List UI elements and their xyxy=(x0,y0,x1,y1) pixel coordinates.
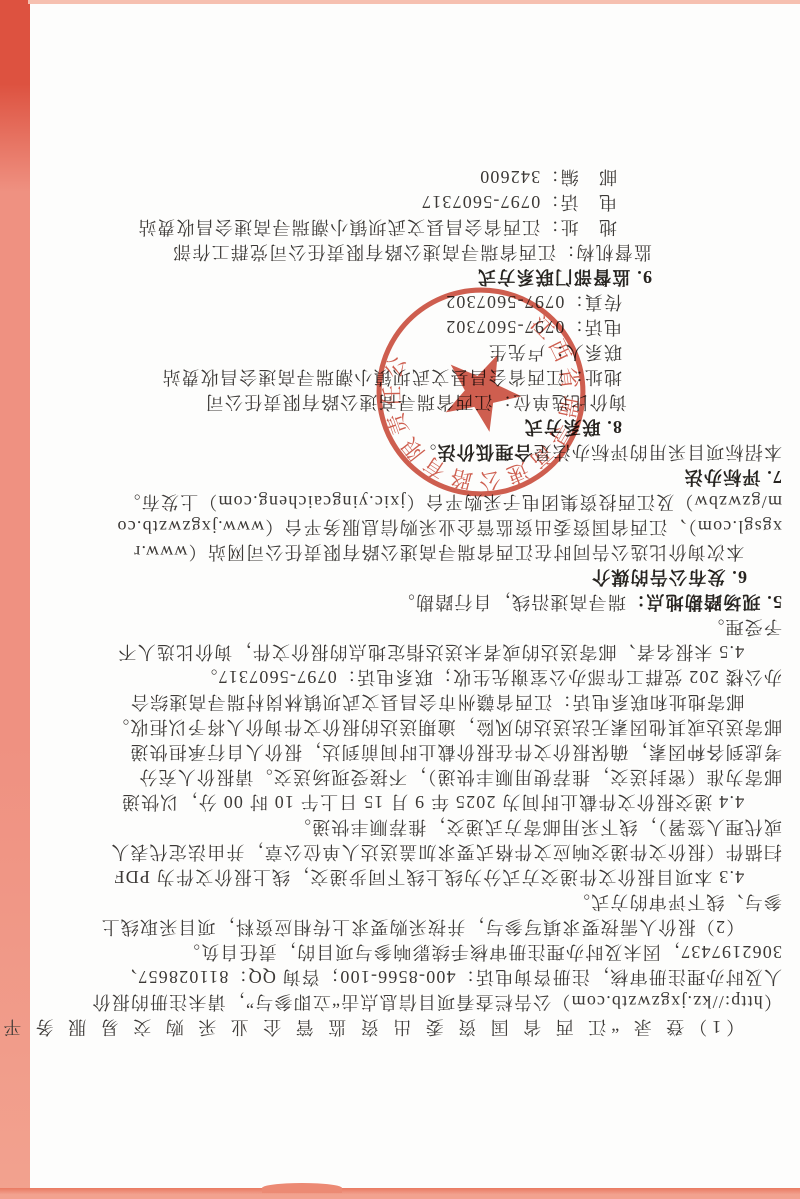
document-line: 7. 评标办法 xyxy=(88,464,782,489)
document-line: 邮寄为准（密封送交，推荐使用顺丰快递），不接受现场送交。请报价人充分 xyxy=(88,764,782,789)
document-content: （1）登 录 “江 西 省 国 资 委 出 资 监 管 企 业 采 购 交 易 … xyxy=(30,0,800,1199)
document-line: 8. 联系方式 xyxy=(88,414,622,439)
document-line: 邮寄地址和联系电话：江西省赣州市会昌县文武坝镇林岗村瑞寻高速综合 xyxy=(88,689,782,714)
document-line: 考虑到各种因素，确保报价文件在报价截止时间前到达，报价人自行承担快递 xyxy=(88,739,782,764)
document-line: 电 话：0797-5607317 xyxy=(88,189,617,214)
document-line: 予受理。 xyxy=(88,614,782,639)
document-line: 办公楼 202 党群工作部办公室谢先生收；联系电话：0797-5607317。 xyxy=(88,664,782,689)
document-line: 6. 发布公告的媒介 xyxy=(88,564,747,589)
document-line: （1）登 录 “江 西 省 国 资 委 出 资 监 管 企 业 采 购 交 易 … xyxy=(88,1014,782,1039)
document-line: 邮寄送达或其他因素无法送达的风险，逾期送达的报价文件询价人将予以拒收。 xyxy=(88,714,782,739)
document-line: 询价比选单位：江西省瑞寻高速公路有限责任公司 xyxy=(88,389,627,414)
document-line: （http://kz.jxgzwztb.com）公告栏查看项目信息点击“立即参与… xyxy=(88,989,782,1014)
document-line: 人及时办理注册审核，注册咨询电话：400-8566-100；咨询 QQ：8110… xyxy=(88,964,782,989)
document-line: 或代理人签署），线下采用邮寄方式递交，推荐顺丰快递。 xyxy=(88,814,782,839)
document-line: m/gzwzbw）及江西投资集团电子采购平台（jxic.yingcaicheng… xyxy=(88,489,782,514)
document-line: 本次询价比选公告同时在江西省瑞寻高速公路有限责任公司网站（www.r xyxy=(88,539,782,564)
document-line: 传真：0797-5607302 xyxy=(88,289,622,314)
document-line: 地 址：江西省会昌县文武坝镇小潮瑞寻高速会昌收费站 xyxy=(88,214,617,239)
document-line: 4.4 递交报价文件截止时间为 2025 年 9 月 15 日上午 10 时 0… xyxy=(88,789,782,814)
document-line: 5. 现场踏勘地点：瑞寻高速沿线，自行踏勘。 xyxy=(88,589,782,614)
document-line: 4.3 本项目报价文件递交方式分为线上线下同步递交，线上报价文件为 PDF xyxy=(88,864,782,889)
document-line: 参与、线下评审的方式。 xyxy=(88,889,782,914)
document-line: 9. 监督部门联系方式 xyxy=(88,264,652,289)
document-line: 电话：0797-5607302 xyxy=(88,314,622,339)
document-line: 4.5 未报名者、邮寄送达的或者未送达指定地点的报价文件，询价比选人不 xyxy=(88,639,782,664)
document-line: 3062197437，因未及时办理注册审核手续影响参与项目的，责任自负。 xyxy=(88,939,782,964)
document-line: 联系人：卢先生 xyxy=(88,339,622,364)
document-line: 本招标项目采用的评标办法是合理低价法。 xyxy=(88,439,782,464)
document-line: 邮 编：342600 xyxy=(88,164,617,189)
document-page: （1）登 录 “江 西 省 国 资 委 出 资 监 管 企 业 采 购 交 易 … xyxy=(30,0,800,1199)
scanned-document: （1）登 录 “江 西 省 国 资 委 出 资 监 管 企 业 采 购 交 易 … xyxy=(0,0,800,1199)
document-line: （2）报价人需按要求填写参与，并按采购要求上传相应资料，项目采取线上 xyxy=(88,914,782,939)
document-line: 地址：江西省会昌县文武坝镇小潮瑞寻高速会昌收费站 xyxy=(88,364,622,389)
document-line: 扫描件（报价文件递交响应文件格式要求加盖送达人单位公章，并由法定代表人 xyxy=(88,839,782,864)
document-line: 监督机构：江西省瑞寻高速公路有限责任公司党群工作部 xyxy=(88,239,652,264)
document-line: xgsgl.com）、江西省国资委出资监管企业采购信息服务平台（www.jxgz… xyxy=(88,514,782,539)
